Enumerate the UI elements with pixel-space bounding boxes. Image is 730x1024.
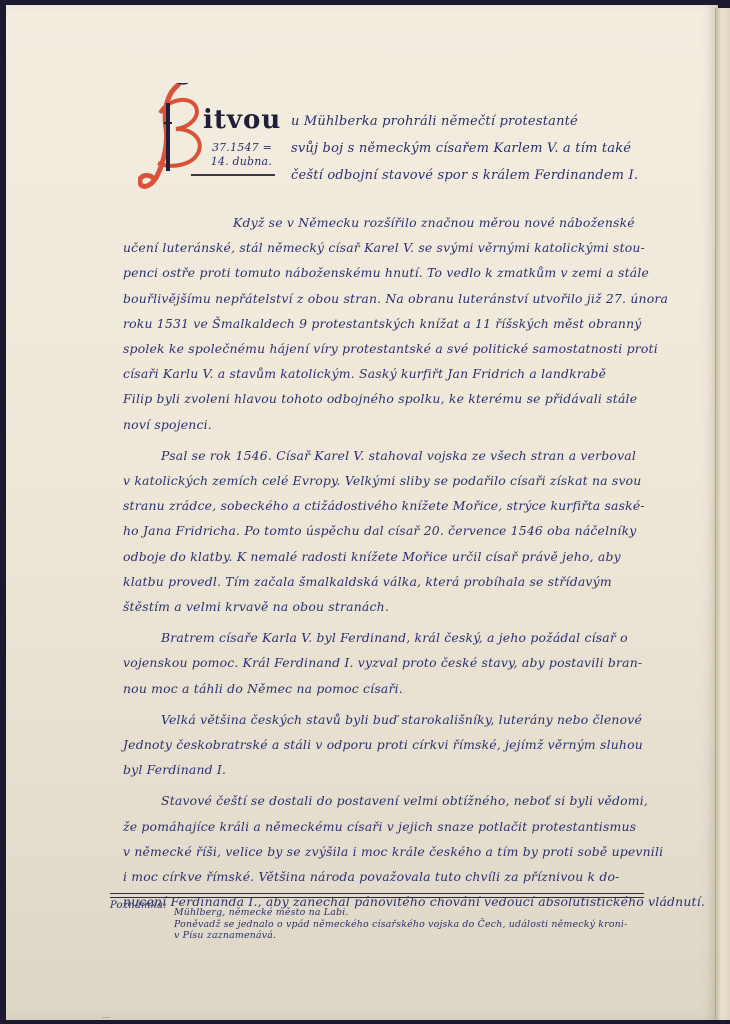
heading-line: čeští odbojní stavové spor s králem Ferd… — [291, 162, 651, 189]
text-line: císaři Karlu V. a stavům katolickým. Sas… — [123, 361, 651, 386]
text-line: noví spojenci. — [123, 412, 651, 437]
text-line: v německé říši, velice by se zvýšila i m… — [123, 839, 651, 864]
text-line: i moc církve římské. Většina národa pova… — [123, 864, 651, 889]
footnote-label: Poznámka: — [110, 900, 167, 911]
footnote-text: Mühlberg, německé město na Labi. Poněvad… — [174, 907, 627, 942]
heading-line: u Mühlberka prohráli němečtí protestanté — [291, 108, 651, 135]
text-line: v katolických zemích celé Evropy. Velkým… — [123, 468, 651, 493]
text-line: klatbu provedl. Tím začala šmalkaldská v… — [123, 569, 651, 594]
text-line: nou moc a táhli do Němec na pomoc císaři… — [123, 676, 651, 701]
text-line: ho Jana Fridricha. Po tomto úspěchu dal … — [123, 518, 651, 543]
footnote-line: Mühlberg, německé město na Labi. — [174, 907, 627, 919]
paragraph-3: Bratrem císaře Karla V. byl Ferdinand, k… — [123, 625, 651, 701]
date-annotation: 37.1547 = 14. dubna. — [198, 141, 272, 169]
text-line: stranu zrádce, sobeckého a ctižádostivéh… — [123, 493, 651, 518]
heading-word: itvou — [203, 105, 281, 135]
text-line: Stavové čeští se dostali do postavení ve… — [123, 788, 651, 813]
text-line: Bratrem císaře Karla V. byl Ferdinand, k… — [123, 625, 651, 650]
text-line: že pomáhajíce králi a německému císaři v… — [123, 814, 651, 839]
text-line: Jednoty českobratrské a stáli v odporu p… — [123, 732, 651, 757]
text-line: bouřlivějšímu nepřátelství z obou stran.… — [123, 286, 651, 311]
text-line: spolek ke společnému hájení víry protest… — [123, 336, 651, 361]
footnote-divider — [110, 893, 644, 898]
text-line: odboje do klatby. K nemalé radosti kníže… — [123, 544, 651, 569]
text-line: Když se v Německu rozšířilo značnou měro… — [123, 210, 651, 235]
body-text: Když se v Německu rozšířilo značnou měro… — [123, 210, 651, 920]
paragraph-1: Když se v Německu rozšířilo značnou měro… — [123, 210, 651, 437]
scanned-page-view: itvou 37.1547 = 14. dubna. u Mühlberka p… — [0, 0, 730, 1024]
manuscript-page: itvou 37.1547 = 14. dubna. u Mühlberka p… — [6, 5, 718, 1020]
text-line: vojenskou pomoc. Král Ferdinand I. vyzva… — [123, 650, 651, 675]
text-line: učení luteránské, stál německý císař Kar… — [123, 235, 651, 260]
paper-mark — [102, 1017, 110, 1018]
heading-line: svůj boj s německým císařem Karlem V. a … — [291, 135, 651, 162]
text-line: byl Ferdinand I. — [123, 757, 651, 782]
date-year: 37.1547 = — [198, 141, 272, 155]
heading-word-text: itvou — [203, 105, 281, 135]
adjacent-page-edge — [715, 8, 730, 1020]
footnote-line: v Písu zaznamenává. — [174, 930, 627, 942]
heading-text: u Mühlberka prohráli němečtí protestanté… — [291, 108, 651, 189]
text-line: štěstím a velmi krvavě na obou stranách. — [123, 594, 651, 619]
text-line: Velká většina českých stavů byli buď sta… — [123, 707, 651, 732]
text-line: penci ostře proti tomuto náboženskému hn… — [123, 260, 651, 285]
text-line: Psal se rok 1546. Císař Karel V. stahova… — [123, 443, 651, 468]
paragraph-4: Velká většina českých stavů byli buď sta… — [123, 707, 651, 783]
decorated-initial-b-icon — [138, 83, 208, 193]
paragraph-2: Psal se rok 1546. Císař Karel V. stahova… — [123, 443, 651, 619]
date-underline — [191, 174, 275, 176]
text-line: Filip byli zvoleni hlavou tohoto odbojné… — [123, 386, 651, 411]
footnote-line: Poněvadž se jednalo o vpád německého cís… — [174, 919, 627, 931]
date-day: 14. dubna. — [198, 155, 272, 169]
text-line: roku 1531 ve Šmalkaldech 9 protestantský… — [123, 311, 651, 336]
